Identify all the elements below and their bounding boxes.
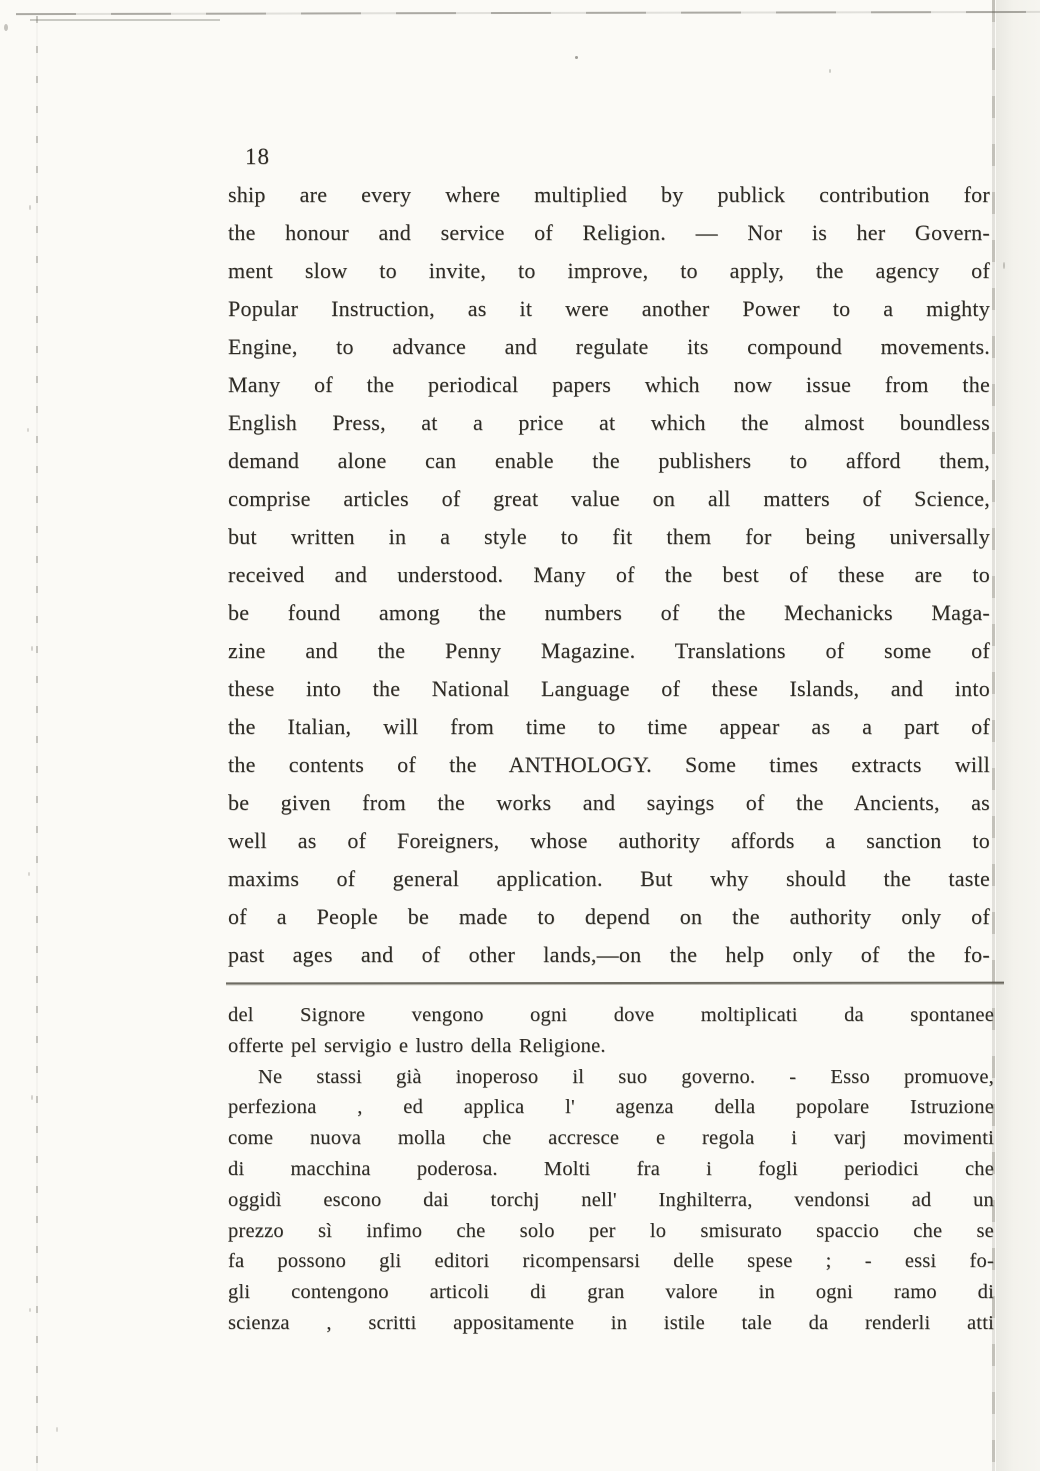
footnote-text-line: perfeziona , ed applica l' agenza della …: [228, 1092, 994, 1123]
scan-speck: [56, 1427, 58, 1432]
footnote-text-line: come nuova molla che accresce e regola i…: [228, 1123, 994, 1154]
page-right-edge-strip: [996, 0, 1040, 1471]
body-text-line: the contents of the ANTHOLOGY. Some time…: [228, 746, 990, 784]
body-text-line: received and understood. Many of the bes…: [228, 556, 990, 594]
body-text-line: these into the National Language of thes…: [228, 670, 990, 708]
footnote-text-line: scienza , scritti appositamente in istil…: [228, 1308, 994, 1339]
body-text-line: the honour and service of Religion. — No…: [228, 214, 990, 252]
footnote-text-line: prezzo sì infimo che solo per lo smisura…: [228, 1216, 994, 1247]
scan-top-edge: [16, 11, 1040, 15]
scan-speck: [31, 646, 33, 651]
scan-top-edge-secondary: [30, 19, 220, 21]
scan-speck: [29, 1308, 31, 1312]
body-text-line: Many of the periodical papers which now …: [228, 366, 990, 404]
footnote-text-line: oggidì escono dai torchj nell' Inghilter…: [228, 1185, 994, 1216]
footnote-text-line: gli contengono articoli di gran valore i…: [228, 1277, 994, 1308]
footnote-text-line: del Signore vengono ogni dove moltiplica…: [228, 1000, 994, 1031]
body-text-line: zine and the Penny Magazine. Translation…: [228, 632, 990, 670]
body-text-line: Engine, to advance and regulate its comp…: [228, 328, 990, 366]
body-text-line: be given from the works and sayings of t…: [228, 784, 990, 822]
scan-speck: [4, 24, 8, 31]
body-text-line: but written in a style to fit them for b…: [228, 518, 990, 556]
footnote-separator-rule: [226, 982, 1004, 986]
body-text-line: English Press, at a price at which the a…: [228, 404, 990, 442]
body-text-line: well as of Foreigners, whose authority a…: [228, 822, 990, 860]
scan-speck: [28, 872, 30, 876]
scan-speck: [31, 1095, 33, 1100]
scan-speck: [829, 69, 831, 73]
body-text-line: maxims of general application. But why s…: [228, 860, 990, 898]
scanned-book-page: 18 ship are every where multiplied by pu…: [0, 0, 1040, 1471]
scan-left-edge: [36, 16, 38, 1471]
footnote-text-line: di macchina poderosa. Molti fra i fogli …: [228, 1154, 994, 1185]
body-text-line: comprise articles of great value on all …: [228, 480, 990, 518]
body-text-line: ship are every where multiplied by publi…: [228, 176, 990, 214]
body-text: ship are every where multiplied by publi…: [228, 176, 990, 974]
scan-speck: [29, 205, 31, 210]
footnote-text-line: offerte pel servigio e lustro della Reli…: [228, 1031, 994, 1062]
body-text-line: Popular Instruction, as it were another …: [228, 290, 990, 328]
scan-speck: [1003, 262, 1005, 269]
footnote-text-line: Ne stassi già inoperoso il suo governo. …: [228, 1062, 994, 1093]
body-text-line: past ages and of other lands,—on the hel…: [228, 936, 990, 974]
page-number: 18: [245, 144, 270, 170]
body-text-line: of a People be made to depend on the aut…: [228, 898, 990, 936]
body-text-line: demand alone can enable the publishers t…: [228, 442, 990, 480]
body-text-line: be found among the numbers of the Mechan…: [228, 594, 990, 632]
footnote-text-line: fa possono gli editori ricompensarsi del…: [228, 1246, 994, 1277]
scan-speck: [27, 428, 29, 432]
scan-speck: [575, 56, 578, 59]
footnote-text: del Signore vengono ogni dove moltiplica…: [228, 1000, 994, 1339]
body-text-line: ment slow to invite, to improve, to appl…: [228, 252, 990, 290]
body-text-line: the Italian, will from time to time appe…: [228, 708, 990, 746]
